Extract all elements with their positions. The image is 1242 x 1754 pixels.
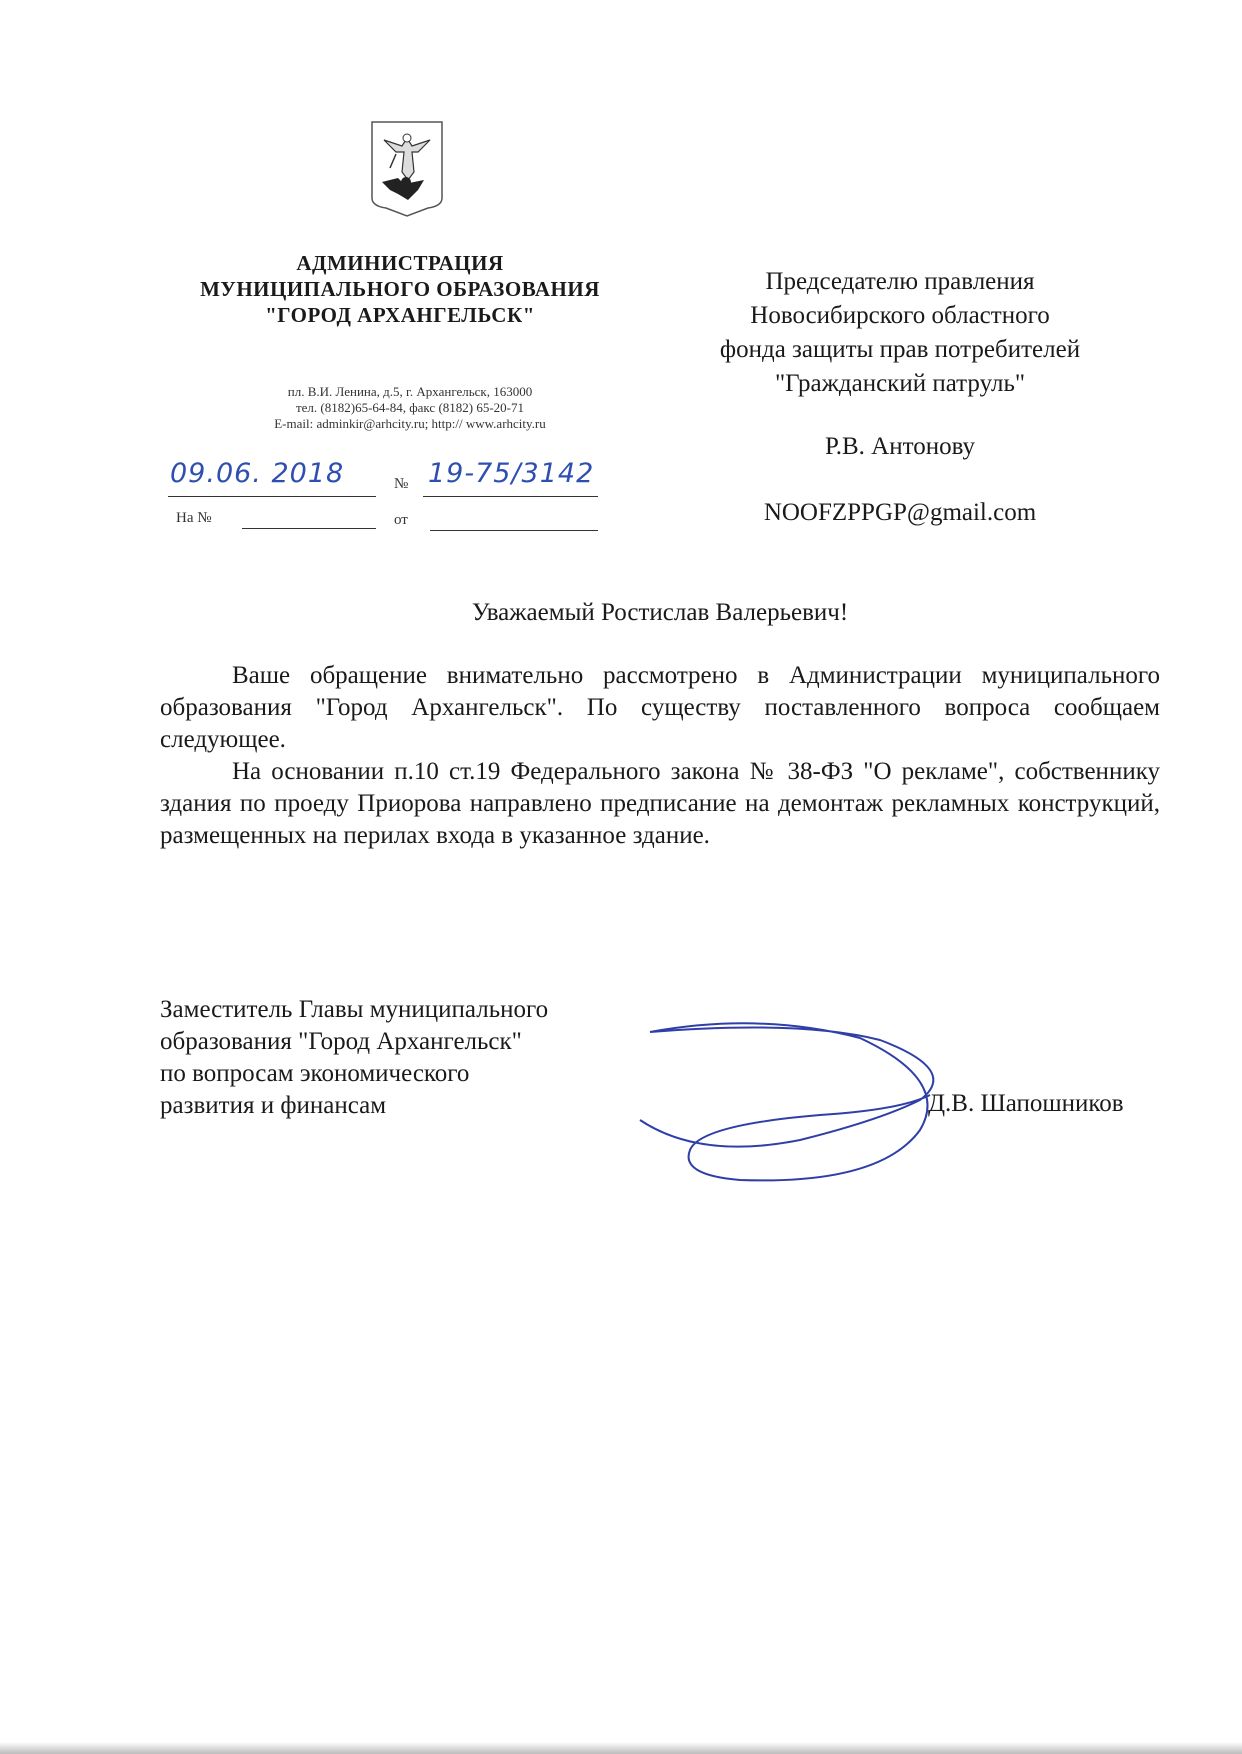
address-line: пл. В.И. Ленина, д.5, г. Архангельск, 16… [200,384,620,400]
title-line: по вопросам экономического [160,1058,548,1090]
letter-body: Ваше обращение внимательно рассмотрено в… [160,660,1160,852]
org-line: "ГОРОД АРХАНГЕЛЬСК" [160,302,640,328]
recipient-line: фонда защиты прав потребителей [680,333,1120,367]
date-underline [168,496,376,497]
paragraph: Ваше обращение внимательно рассмотрено в… [160,660,1160,756]
registration-block: 09.06. 2018 № 19-75/3142 На № от [168,458,608,538]
address-line: тел. (8182)65-64-84, факс (8182) 65-20-7… [200,400,620,416]
coat-of-arms-emblem [368,118,446,218]
recipient-line: Председателю правления [680,265,1120,299]
organization-address: пл. В.И. Ленина, д.5, г. Архангельск, 16… [200,384,620,432]
paragraph: На основании п.10 ст.19 Федерального зак… [160,756,1160,852]
recipient-block: Председателю правления Новосибирского об… [680,265,1120,401]
recipient-line: Новосибирского областного [680,299,1120,333]
signatory-title: Заместитель Главы муниципального образов… [160,994,548,1122]
org-line: АДМИНИСТРАЦИЯ [160,250,640,276]
number-underline [423,496,598,497]
org-line: МУНИЦИПАЛЬНОГО ОБРАЗОВАНИЯ [160,276,640,302]
number-label: № [394,476,408,493]
scan-edge [0,1742,1242,1754]
recipient-email: NOOFZPPGP@gmail.com [680,499,1120,527]
title-line: Заместитель Главы муниципального [160,994,548,1026]
ref-underline [242,528,376,529]
title-line: образования "Город Архангельск" [160,1026,548,1058]
ref-label: На № [176,510,212,527]
title-line: развития и финансам [160,1090,548,1122]
from-label: от [394,512,408,529]
address-line: E-mail: adminkir@arhcity.ru; http:// www… [200,416,620,432]
recipient-line: "Гражданский патруль" [680,367,1120,401]
registration-number: 19-75/3142 [428,458,594,489]
recipient-name: Р.В. Антонову [680,433,1120,461]
from-underline [430,530,598,531]
signatory-name: Д.В. Шапошников [928,1090,1124,1118]
organization-name: АДМИНИСТРАЦИЯ МУНИЦИПАЛЬНОГО ОБРАЗОВАНИЯ… [160,250,640,328]
salutation: Уважаемый Ростислав Валерьевич! [160,599,1160,627]
registration-date: 09.06. 2018 [170,458,344,489]
